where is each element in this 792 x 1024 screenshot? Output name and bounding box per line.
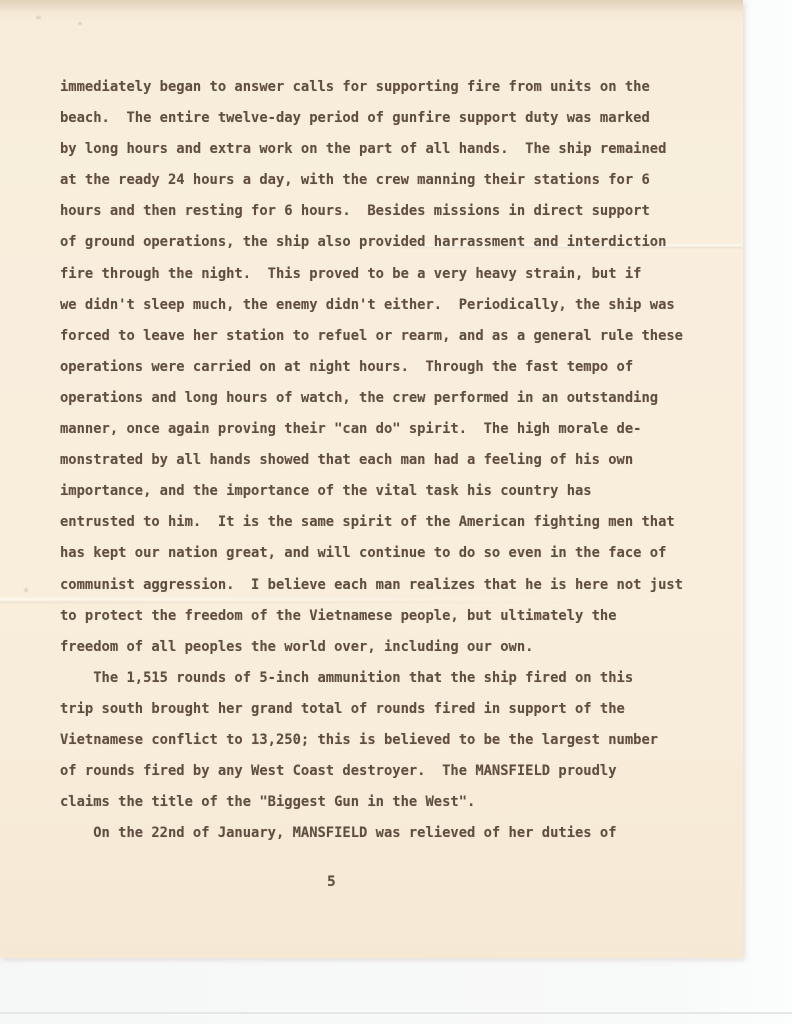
text-line: claims the title of the "Biggest Gun in … bbox=[60, 787, 720, 818]
page-number: 5 bbox=[327, 869, 336, 895]
scan-edge-line bbox=[0, 1012, 792, 1014]
text-line: forced to leave her station to refuel or… bbox=[60, 321, 720, 352]
text-line: hours and then resting for 6 hours. Besi… bbox=[60, 196, 720, 227]
text-line: to protect the freedom of the Vietnamese… bbox=[60, 601, 720, 632]
typewritten-text-block: immediately began to answer calls for su… bbox=[60, 72, 720, 849]
text-line: fire through the night. This proved to b… bbox=[60, 259, 720, 290]
text-line: communist aggression. I believe each man… bbox=[60, 570, 720, 601]
text-line: at the ready 24 hours a day, with the cr… bbox=[60, 165, 720, 196]
text-line: importance, and the importance of the vi… bbox=[60, 476, 720, 507]
text-line: monstrated by all hands showed that each… bbox=[60, 445, 720, 476]
text-line: operations were carried on at night hour… bbox=[60, 352, 720, 383]
paper-top-shadow bbox=[0, 0, 743, 13]
paper-speck bbox=[78, 22, 82, 25]
text-line: The 1,515 rounds of 5-inch ammunition th… bbox=[60, 663, 720, 694]
text-line: entrusted to him. It is the same spirit … bbox=[60, 507, 720, 538]
text-line: Vietnamese conflict to 13,250; this is b… bbox=[60, 725, 720, 756]
text-line: of rounds fired by any West Coast destro… bbox=[60, 756, 720, 787]
text-line: beach. The entire twelve-day period of g… bbox=[60, 103, 720, 134]
text-line: has kept our nation great, and will cont… bbox=[60, 538, 720, 569]
text-line: immediately began to answer calls for su… bbox=[60, 72, 720, 103]
text-line: freedom of all peoples the world over, i… bbox=[60, 632, 720, 663]
text-line: operations and long hours of watch, the … bbox=[60, 383, 720, 414]
paper-speck bbox=[36, 16, 41, 19]
paper-sheet: immediately began to answer calls for su… bbox=[0, 0, 743, 958]
scan-background: immediately began to answer calls for su… bbox=[0, 0, 792, 1024]
text-line: manner, once again proving their "can do… bbox=[60, 414, 720, 445]
text-line: of ground operations, the ship also prov… bbox=[60, 227, 720, 258]
text-line: On the 22nd of January, MANSFIELD was re… bbox=[60, 818, 720, 849]
text-line: by long hours and extra work on the part… bbox=[60, 134, 720, 165]
text-line: we didn't sleep much, the enemy didn't e… bbox=[60, 290, 720, 321]
text-line: trip south brought her grand total of ro… bbox=[60, 694, 720, 725]
paper-speck bbox=[24, 588, 28, 592]
